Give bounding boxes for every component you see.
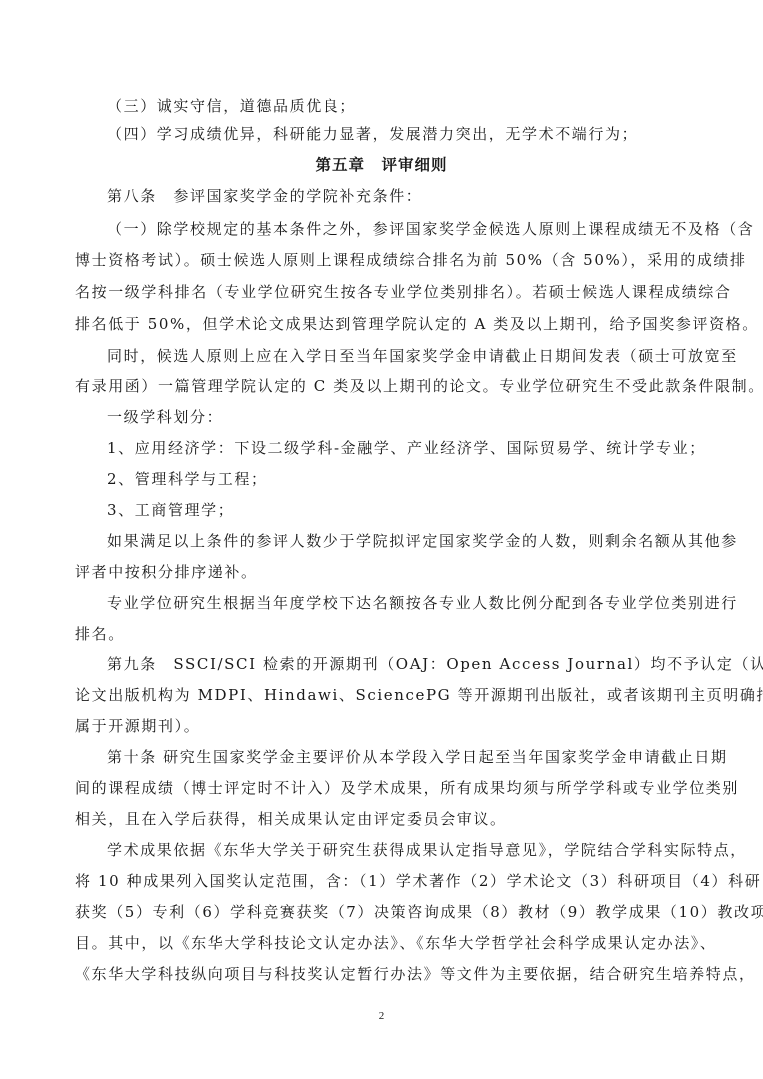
text-line: 一级学科划分： xyxy=(107,406,689,428)
text-line: （三）诚实守信，道德品质优良； xyxy=(107,95,689,117)
text-line: 同时，候选人原则上应在入学日至当年国家奖学金申请截止日期间发表（硕士可放宽至 xyxy=(107,345,689,367)
text-line: 间的课程成绩（博士评定时不计入）及学术成果，所有成果均须与所学学科或专业学位类别 xyxy=(75,777,689,799)
text-line: 有录用函）一篇管理学院认定的 C 类及以上期刊的论文。专业学位研究生不受此款条件… xyxy=(75,375,689,397)
text-line: 如果满足以上条件的参评人数少于学院拟评定国家奖学金的人数，则剩余名额从其他参 xyxy=(107,530,689,552)
text-line: 学术成果依据《东华大学关于研究生获得成果认定指导意见》，学院结合学科实际特点， xyxy=(107,839,689,861)
text-line: 第九条 SSCI/SCI 检索的开源期刊（OAJ：Open Access Jou… xyxy=(107,653,689,675)
text-line: 评者中按积分排序递补。 xyxy=(75,561,689,583)
document-page: （三）诚实守信，道德品质优良；（四）学习成绩优异，科研能力显著，发展潜力突出，无… xyxy=(0,0,763,1079)
text-line: 专业学位研究生根据当年度学校下达名额按各专业人数比例分配到各专业学位类别进行 xyxy=(107,592,689,614)
text-line: （四）学习成绩优异，科研能力显著，发展潜力突出，无学术不端行为； xyxy=(107,123,689,145)
text-line: 排名低于 50%，但学术论文成果达到管理学院认定的 A 类及以上期刊，给予国奖参… xyxy=(75,313,689,335)
chapter-heading: 第五章 评审细则 xyxy=(0,154,763,176)
text-line: 3、工商管理学； xyxy=(107,499,689,521)
text-line: 获奖（5）专利（6）学科竞赛获奖（7）决策咨询成果（8）教材（9）教学成果（10… xyxy=(75,901,689,923)
text-line: 第十条 研究生国家奖学金主要评价从本学段入学日起至当年国家奖学金申请截止日期 xyxy=(107,746,689,768)
text-line: 相关，且在入学后获得，相关成果认定由评定委员会审议。 xyxy=(75,808,689,830)
text-line: 名按一级学科排名（专业学位研究生按各专业学位类别排名）。若硕士候选人课程成绩综合 xyxy=(75,281,689,303)
page-number: 2 xyxy=(0,1010,763,1022)
text-line: 将 10 种成果列入国奖认定范围，含：（1）学术著作（2）学术论文（3）科研项目… xyxy=(75,870,689,892)
text-line: 排名。 xyxy=(75,623,689,645)
text-line: 1、应用经济学：下设二级学科-金融学、产业经济学、国际贸易学、统计学专业； xyxy=(107,437,689,459)
text-line: 2、管理科学与工程； xyxy=(107,468,689,490)
text-line: 第八条 参评国家奖学金的学院补充条件： xyxy=(107,185,689,207)
text-line: 属于开源期刊）。 xyxy=(75,715,689,737)
text-line: 论文出版机构为 MDPI、Hindawi、SciencePG 等开源期刊出版社，… xyxy=(75,684,689,706)
text-line: 《东华大学科技纵向项目与科技奖认定暂行办法》等文件为主要依据，结合研究生培养特点… xyxy=(75,963,689,985)
text-line: （一）除学校规定的基本条件之外，参评国家奖学金候选人原则上课程成绩无不及格（含 xyxy=(107,218,689,240)
text-line: 博士资格考试）。硕士候选人原则上课程成绩综合排名为前 50%（含 50%），采用… xyxy=(75,249,689,271)
text-line: 目。其中，以《东华大学科技论文认定办法》、《东华大学哲学社会科学成果认定办法》、 xyxy=(75,932,689,954)
